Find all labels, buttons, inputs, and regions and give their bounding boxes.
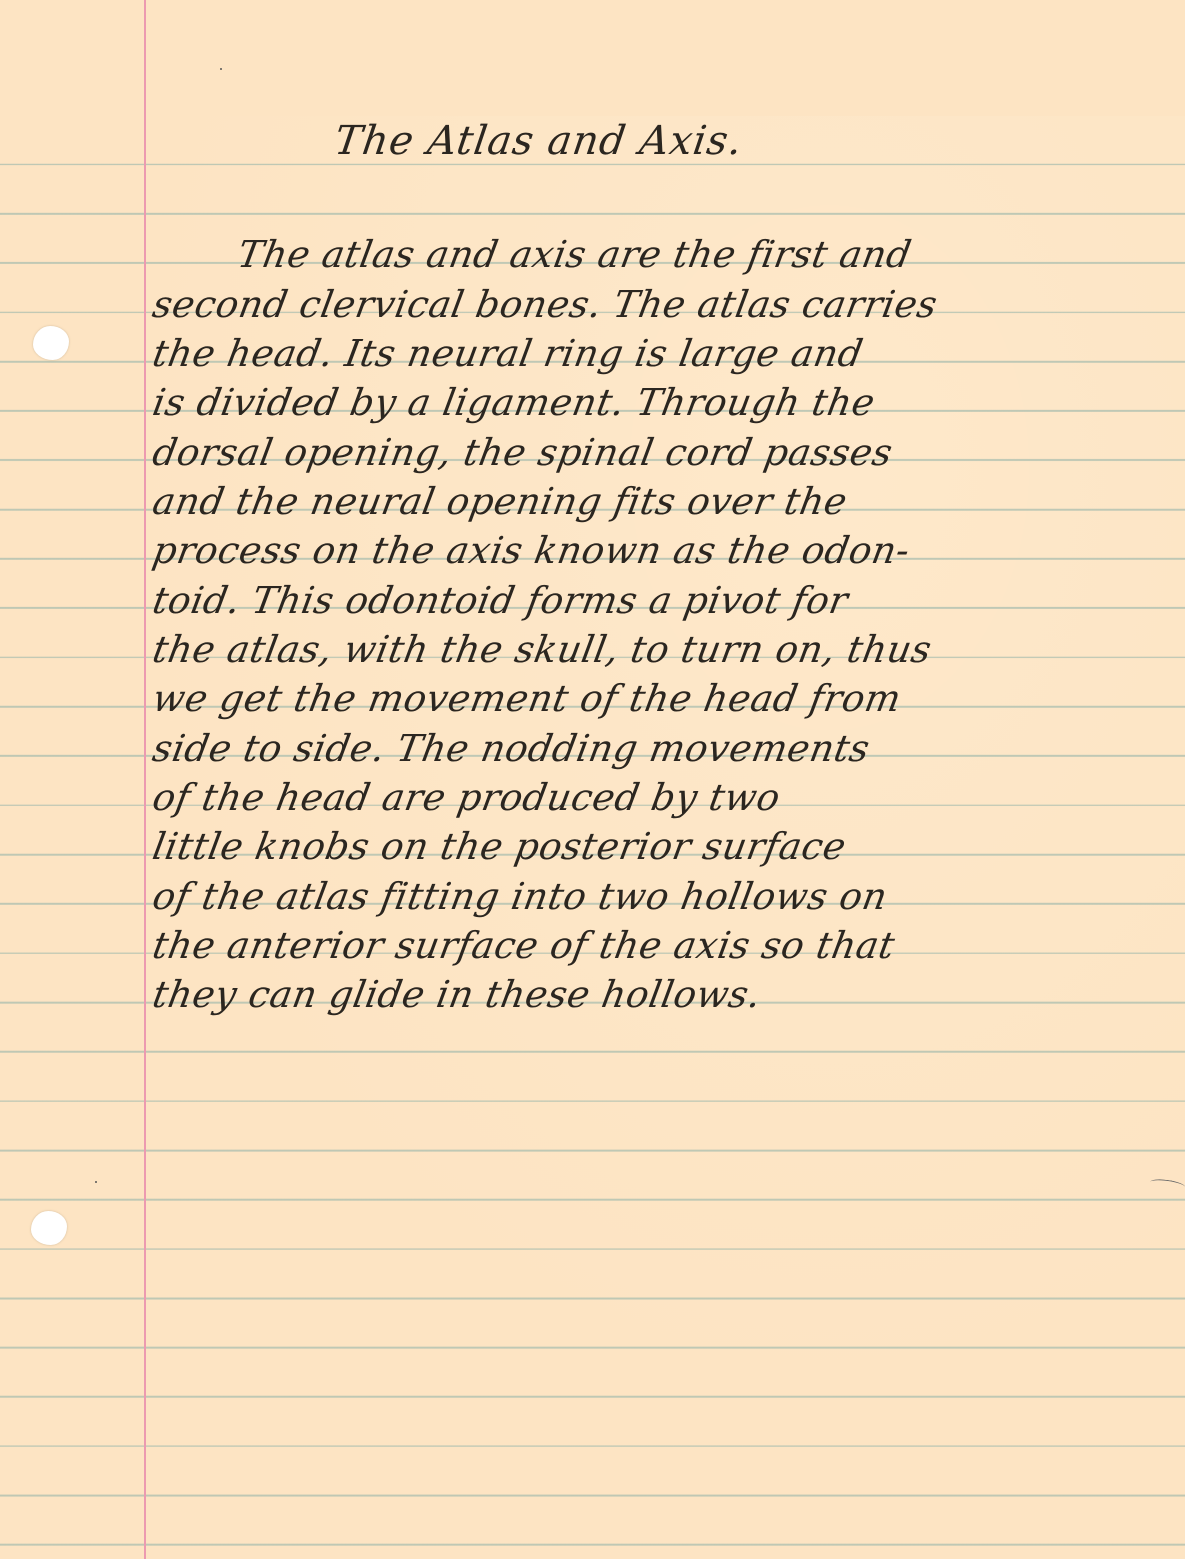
- text-line: The atlas and axis are the first and: [235, 236, 914, 273]
- text-line: of the head are produced by two: [150, 779, 783, 816]
- text-line: they can glide in these hollows.: [150, 976, 764, 1013]
- text-line: the head. Its neural ring is large and: [150, 335, 866, 372]
- text-line: second clervical bones. The atlas carrie…: [150, 286, 940, 323]
- red-margin-line: [144, 0, 146, 1559]
- text-line: is divided by a ligament. Through the: [150, 384, 878, 421]
- text-line: toid. This odontoid forms a pivot for: [150, 582, 851, 619]
- top-margin-area: [0, 0, 1185, 116]
- punch-hole-top: [33, 326, 69, 360]
- page-title: The Atlas and Axis.: [332, 118, 746, 164]
- text-line: process on the axis known as the odon-: [150, 532, 913, 569]
- ink-speck: [95, 1181, 97, 1183]
- ink-speck: [220, 68, 222, 70]
- punch-hole-bottom: [31, 1211, 67, 1245]
- notebook-page: The Atlas and Axis. The atlas and axis a…: [0, 0, 1185, 1559]
- text-line: of the atlas fitting into two hollows on: [150, 878, 890, 915]
- text-line: the anterior surface of the axis so that: [150, 927, 898, 964]
- text-line: dorsal opening, the spinal cord passes: [150, 434, 895, 471]
- text-line: the atlas, with the skull, to turn on, t…: [150, 631, 934, 668]
- text-line: little knobs on the posterior surface: [150, 828, 849, 865]
- text-line: we get the movement of the head from: [150, 680, 904, 717]
- text-line: and the neural opening fits over the: [150, 483, 850, 520]
- text-line: side to side. The nodding movements: [150, 730, 873, 767]
